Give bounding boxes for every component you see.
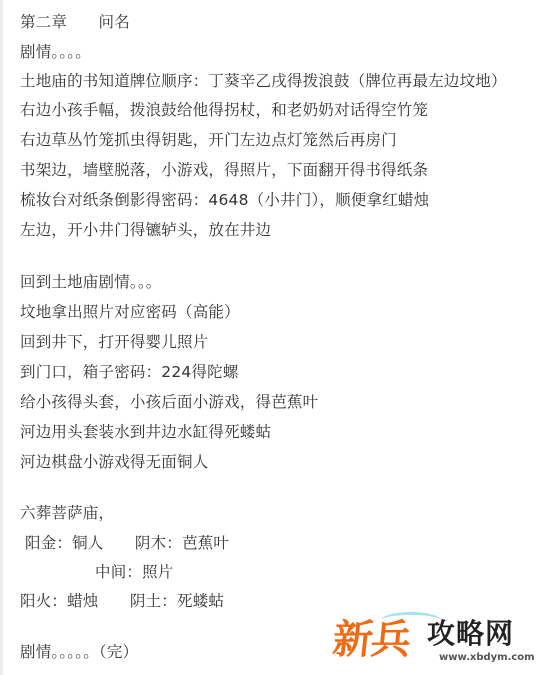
text-line: 土地庙的书知道牌位顺序：丁葵辛乙戌得拨浪鼓（牌位再最左边坟地） xyxy=(20,71,507,91)
text-line: 书架边，墙壁脱落，小游戏，得照片，下面翻开得书得纸条 xyxy=(20,160,428,180)
logo-brand-orange: 新兵 xyxy=(330,616,411,664)
text-line: 回到井下，打开得婴儿照片 xyxy=(20,332,208,352)
text-line: 剧情。。。。 xyxy=(20,42,91,62)
text-line: 梳妆台对纸条倒影得密码：4648（小井门），顺便拿红蜡烛 xyxy=(20,190,429,210)
text-line: 阳金：铜人 阴木：芭蕉叶 xyxy=(25,533,229,553)
text-line: 右边草丛竹笼抓虫得钥匙，开门左边点灯笼然后再房门 xyxy=(20,130,397,150)
text-line: 到门口，箱子密码：224得陀螺 xyxy=(20,362,239,382)
watermark-logo: 新兵 攻略网 www.xbdym.com xyxy=(333,612,543,672)
section-heading: 六葬菩萨庙， xyxy=(20,503,114,523)
text-line: 右边小孩手幅，拨浪鼓给他得拐杖，和老奶奶对话得空竹笼 xyxy=(20,100,428,120)
text-line: 坟地拿出照片对应密码（高能） xyxy=(20,302,240,322)
logo-url: www.xbdym.com xyxy=(439,652,535,664)
logo-brand-dark: 攻略网 xyxy=(427,618,514,650)
text-line: 左边，开小井门得镳轳头，放在井边 xyxy=(20,220,271,240)
text-line: 给小孩得头套，小孩后面小游戏，得芭蕉叶 xyxy=(20,392,318,412)
text-line: 阳火：蜡烛 阴土：死蝼蛄 xyxy=(20,591,224,611)
text-line: 河边用头套装水到井边水缸得死蝼蛄 xyxy=(20,422,271,442)
text-line: 剧情。。。。。（完） xyxy=(20,642,138,662)
text-line: 回到土地庙剧情。。。 xyxy=(20,272,162,292)
text-line: 河边棋盘小游戏得无面铜人 xyxy=(20,452,208,472)
document-body: 第二章 问名 剧情。。。。 土地庙的书知道牌位顺序：丁葵辛乙戌得拨浪鼓（牌位再最… xyxy=(0,0,546,675)
chapter-title: 第二章 问名 xyxy=(20,12,130,32)
text-line: 中间：照片 xyxy=(95,562,174,582)
